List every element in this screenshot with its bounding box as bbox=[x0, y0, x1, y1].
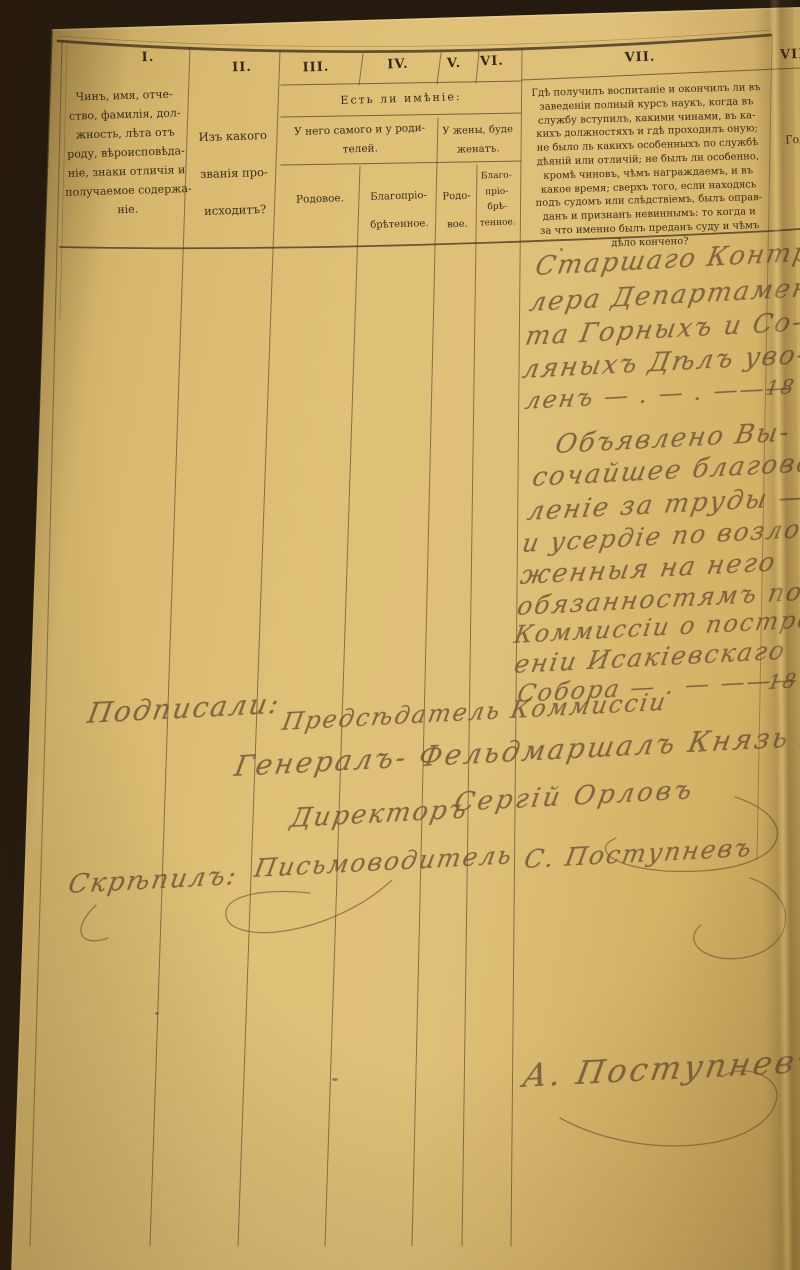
col5-sublabel-line: вое. bbox=[436, 210, 479, 239]
estate-wife-header: У жены, буде женатъ. bbox=[435, 120, 520, 161]
col6-numeral: VI. bbox=[468, 53, 516, 70]
col1-header-line: ніе. bbox=[66, 198, 191, 221]
col7-numeral: VII. bbox=[610, 49, 670, 66]
col5-sublabel: Родо- вое. bbox=[435, 182, 479, 239]
col1-numeral: I. bbox=[118, 49, 178, 66]
col4-sublabel-line: Благопріо- bbox=[359, 182, 438, 212]
col4-sublabel: Благопріо- брѣтенное. bbox=[359, 182, 439, 240]
col1-header: Чинъ, имя, отче- ство, фамилія, дол- жно… bbox=[62, 84, 190, 221]
col6-sublabel-line: пріо- bbox=[474, 184, 520, 201]
col8-label: Годы bbox=[772, 132, 800, 147]
col6-sublabel-line: тенное. bbox=[474, 215, 520, 232]
scanned-document-page: I. II. III. IV. V. VI. VII. VIII. Чинъ, … bbox=[0, 0, 800, 1270]
estate-self-header: У него самого и у роди- телей. bbox=[283, 119, 436, 162]
col8-numeral: VIII. bbox=[770, 46, 800, 63]
handwriting-entry2-year: 18 bbox=[766, 668, 800, 694]
col6-sublabel: Благо- пріо- брѣ- тенное. bbox=[473, 168, 521, 231]
ink-speck bbox=[332, 1078, 338, 1081]
col2-header-line: Изъ какого bbox=[188, 117, 277, 157]
col4-sublabel-line: брѣтенное. bbox=[360, 210, 439, 240]
col2-header-line: званія про- bbox=[189, 154, 278, 194]
col3-numeral: III. bbox=[288, 59, 344, 76]
col2-numeral: II. bbox=[212, 59, 272, 76]
ink-speck bbox=[155, 1012, 159, 1015]
estate-wife-line: женатъ. bbox=[436, 139, 521, 161]
col7-header: Гдѣ получилъ воспитаніе и окончилъ ли въ… bbox=[523, 81, 773, 253]
estate-wife-line: У жены, буде bbox=[435, 120, 520, 142]
col4-numeral: IV. bbox=[370, 56, 426, 73]
col6-sublabel-line: брѣ- bbox=[474, 199, 520, 216]
col2-header: Изъ какого званія про- исходитъ? bbox=[188, 117, 279, 231]
ink-speck bbox=[560, 248, 563, 251]
handwriting-entry1-year: 18 bbox=[764, 374, 798, 400]
col5-sublabel-line: Родо- bbox=[435, 182, 478, 211]
col6-sublabel-line: Благо- bbox=[473, 168, 519, 185]
col2-header-line: исходитъ? bbox=[191, 191, 280, 231]
col1-header-line: получаемое содержа- bbox=[65, 179, 190, 202]
col3-sublabel: Родовое. bbox=[282, 192, 358, 206]
